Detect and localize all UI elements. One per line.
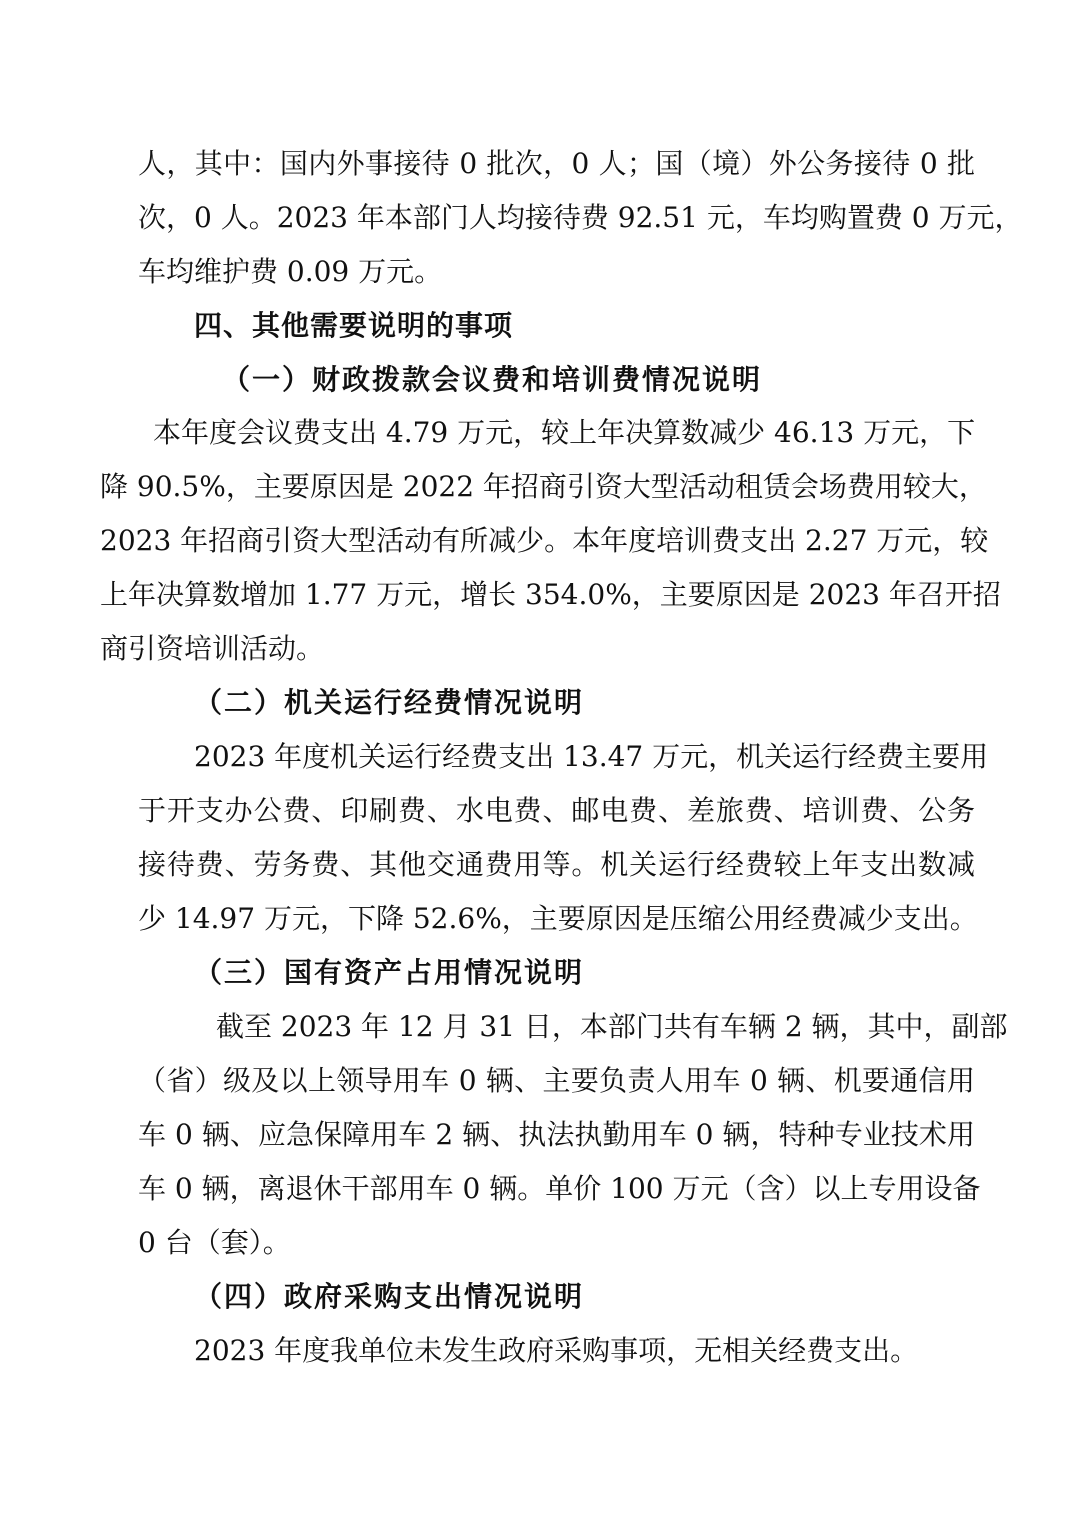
subsection-title: （三）国有资产占用情况说明 [194, 956, 584, 990]
subsection-title: （四）政府采购支出情况说明 [194, 1280, 584, 1314]
text-line: 车 0 辆、应急保障用车 2 辆、执法执勤用车 0 辆，特种专业技术用 [138, 1118, 975, 1152]
text-line: 次，0 人。2023 年本部门人均接待费 92.51 元，车均购置费 0 万元， [138, 201, 975, 235]
text-line: 人，其中：国内外事接待 0 批次，0 人；国（境）外公务接待 0 批 [138, 147, 975, 181]
text-line: 截至 2023 年 12 月 31 日，本部门共有车辆 2 辆，其中，副部 [216, 1010, 975, 1044]
subsection-title: （二）机关运行经费情况说明 [194, 686, 584, 720]
text-line: 上年决算数增加 1.77 万元，增长 354.0%，主要原因是 2023 年召开… [100, 578, 975, 612]
text-line: 0 台（套）。 [138, 1226, 291, 1260]
text-line: 于开支办公费、印刷费、水电费、邮电费、差旅费、培训费、公务 [138, 794, 975, 828]
section-heading: 四、其他需要说明的事项 [194, 309, 513, 343]
text-line: 车 0 辆，离退休干部用车 0 辆。单价 100 万元（含）以上专用设备 [138, 1172, 975, 1206]
text-line: 车均维护费 0.09 万元。 [138, 255, 442, 289]
text-line: 接待费、劳务费、其他交通费用等。机关运行经费较上年支出数减 [138, 848, 975, 882]
text-line: 2023 年度我单位未发生政府采购事项，无相关经费支出。 [194, 1334, 915, 1368]
text-line: 2023 年度机关运行经费支出 13.47 万元，机关运行经费主要用 [194, 740, 975, 774]
text-line: 降 90.5%，主要原因是 2022 年招商引资大型活动租赁会场费用较大， [100, 470, 975, 504]
text-line: 本年度会议费支出 4.79 万元，较上年决算数减少 46.13 万元，下 [153, 416, 975, 450]
text-line: 少 14.97 万元，下降 52.6%，主要原因是压缩公用经费减少支出。 [138, 902, 953, 936]
text-line: （省）级及以上领导用车 0 辆、主要负责人用车 0 辆、机要通信用 [138, 1064, 975, 1098]
text-line: 商引资培训活动。 [100, 632, 324, 666]
subsection-title: （一）财政拨款会议费和培训费情况说明 [222, 363, 762, 397]
text-line: 2023 年招商引资大型活动有所减少。本年度培训费支出 2.27 万元，较 [100, 524, 975, 558]
